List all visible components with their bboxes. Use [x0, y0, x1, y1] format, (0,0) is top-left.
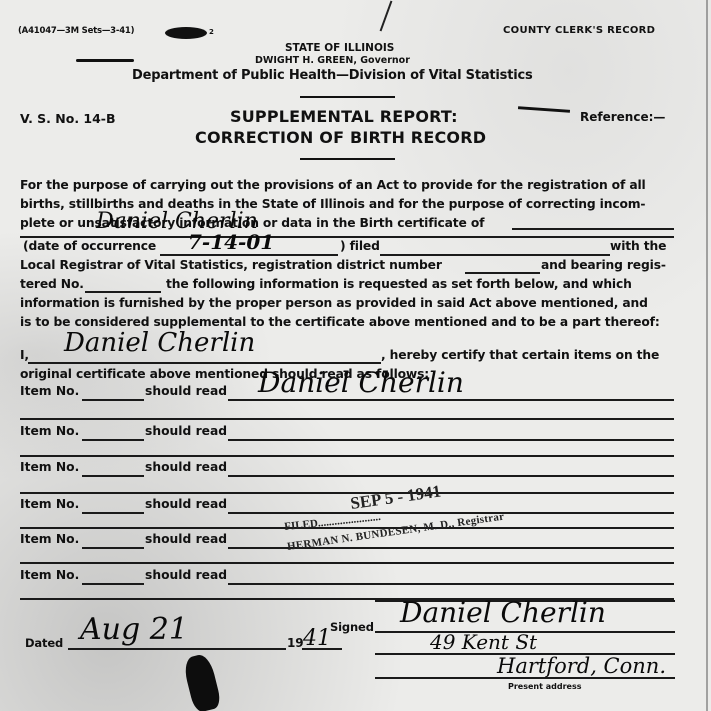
should-read-label: should read	[145, 497, 227, 511]
form-number: V. S. No. 14-B	[20, 111, 116, 126]
document-page: (A41047—3M Sets—3-41) 2 COUNTY CLERK'S R…	[0, 0, 711, 711]
cert-suffix: , hereby certify that certain items on t…	[381, 346, 659, 365]
stray-mark	[76, 59, 134, 62]
item-no-label: Item No.	[20, 460, 79, 474]
item-no-label: Item No.	[20, 424, 79, 438]
item-no-label: Item No.	[20, 568, 79, 582]
item-no-line	[82, 439, 144, 441]
preamble-line-5a: Local Registrar of Vital Statistics, reg…	[20, 256, 442, 275]
preamble-line-7: information is furnished by the proper p…	[20, 294, 648, 313]
divider	[300, 96, 395, 98]
address-handwritten-2: Hartford, Conn.	[497, 654, 666, 678]
should-read-label: should read	[145, 460, 227, 474]
district-number-line	[465, 272, 540, 274]
item-continuation-line	[20, 492, 674, 494]
blot-number: 2	[209, 28, 214, 36]
filed-label: ) filed	[340, 237, 380, 256]
item-no-line	[82, 512, 144, 514]
should-read-line	[228, 439, 674, 441]
should-read-line	[228, 512, 674, 514]
item-value-handwritten: Daniel Cherlin	[258, 366, 464, 399]
signature-handwritten: Daniel Cherlin	[400, 596, 606, 629]
form-code: (A41047—3M Sets—3-41)	[18, 26, 134, 36]
date-occurrence-handwritten: 7-14-01	[188, 230, 274, 254]
page-edge	[706, 0, 708, 711]
reference-dash	[518, 106, 570, 113]
date-occurrence-label: (date of occurrence	[23, 237, 156, 256]
item-no-line	[82, 583, 144, 585]
item-no-line	[82, 399, 144, 401]
should-read-label: should read	[145, 532, 227, 546]
year-handwritten: 41	[303, 626, 331, 651]
should-read-line	[228, 399, 674, 401]
preamble-line-5b: and bearing regis-	[541, 256, 666, 275]
county-clerk-record: COUNTY CLERK'S RECORD	[503, 25, 655, 36]
ink-blot-icon	[165, 27, 207, 39]
birth-cert-blank	[512, 228, 674, 230]
present-address-label: Present address	[508, 682, 581, 691]
item-no-line	[82, 475, 144, 477]
paper-crack	[380, 1, 393, 32]
item-continuation-line	[20, 562, 674, 564]
should-read-label: should read	[145, 424, 227, 438]
with-the-label: with the	[610, 237, 666, 256]
should-read-label: should read	[145, 384, 227, 398]
item-no-label: Item No.	[20, 532, 79, 546]
certifier-line	[28, 362, 381, 364]
dated-label: Dated	[25, 634, 63, 653]
page-title-line1: SUPPLEMENTAL REPORT:	[230, 107, 458, 126]
item-continuation-line	[20, 527, 674, 529]
address-handwritten-1: 49 Kent St	[430, 630, 537, 654]
preamble-line-1: For the purpose of carrying out the prov…	[20, 176, 646, 195]
governor-heading: DWIGHT H. GREEN, Governor	[255, 55, 410, 66]
preamble-line-6b: the following information is requested a…	[166, 275, 632, 294]
dated-line	[68, 648, 286, 650]
should-read-label: should read	[145, 568, 227, 582]
should-read-line	[228, 583, 674, 585]
page-title-line2: CORRECTION OF BIRTH RECORD	[195, 128, 486, 147]
preamble-line-6a: tered No.	[20, 275, 84, 294]
should-read-line	[228, 475, 674, 477]
state-heading: STATE OF ILLINOIS	[285, 42, 394, 54]
item-no-label: Item No.	[20, 384, 79, 398]
filed-stamp-date: SEP 5 - 1941	[349, 482, 442, 514]
ink-smudge	[182, 652, 223, 711]
item-continuation-line	[20, 418, 674, 420]
registered-number-line	[85, 291, 161, 293]
certifier-handwritten: Daniel Cherlin	[64, 328, 255, 358]
signed-label: Signed	[330, 618, 374, 637]
divider	[300, 158, 395, 160]
item-no-line	[82, 547, 144, 549]
dated-handwritten: Aug 21	[80, 612, 188, 647]
year-prefix: 19	[287, 634, 303, 653]
reference-label: Reference:—	[580, 110, 665, 124]
item-continuation-line	[20, 455, 674, 457]
department-heading: Department of Public Health—Division of …	[132, 68, 533, 83]
item-no-label: Item No.	[20, 497, 79, 511]
